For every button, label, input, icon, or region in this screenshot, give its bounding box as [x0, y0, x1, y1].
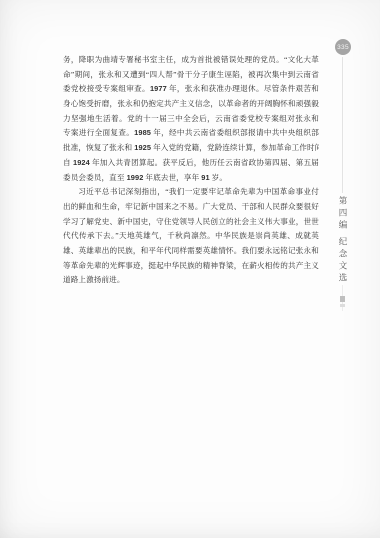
text-line: 习近平总书记深刻指出，“我们一定要牢记革命先辈为中国革命事业付	[63, 185, 319, 200]
sidebar-section-label: 纪念文选	[336, 237, 349, 285]
margin-rule-top	[342, 57, 343, 193]
text-line: 代代传承下去。”天地英雄气，千秋尚凛然。中华民族是崇尚英雄、成就英	[63, 229, 319, 244]
text-line: 出的鲜血和生命，牢记新中国来之不易。广大党员、干部和人民群众要很好	[63, 200, 319, 215]
text-line: 道路上激扬前进。	[63, 273, 319, 288]
text-line: 务，降职为曲靖专署秘书室主任，成为首批被错误处理的党员。“文化大革	[63, 53, 319, 68]
text-line: 力坚强地生活着。党的十一届三中全会后，云南省委党校专案组对张永和	[63, 112, 319, 127]
sidebar-part-label: 第四编	[336, 196, 349, 232]
text-line: 委党校接受专案组审查。1977 年，张永和获准办理退休。尽管条件艰苦和	[63, 82, 319, 97]
text-line: 委员会委员，直至 1992 年底去世，享年 91 岁。	[63, 171, 319, 186]
text-line: 专案进行全面复查。1985 年，经中共云南省委组织部报请中共中央组织部	[63, 126, 319, 141]
text-line: 身心饱受折磨，张永和仍抱定共产主义信念，以革命者的开阔胸怀和顽强毅	[63, 97, 319, 112]
text-line: 雄、英雄辈出的民族，和平年代同样需要英雄情怀。我们要永远铭记张永和	[63, 244, 319, 259]
margin-tick	[340, 296, 345, 302]
text-line: 学习了解党史、新中国史，守住党领导人民创立的社会主义伟大事业，世世	[63, 215, 319, 230]
page-number: 335	[337, 44, 349, 51]
text-line: 自 1924 年加入共青团算起。获平反后，他历任云南省政协第四届、第五届	[63, 156, 319, 171]
margin-tick-small	[340, 304, 345, 307]
body-text: 务，降职为曲靖专署秘书室主任，成为首批被错误处理的党员。“文化大革命”期间，张永…	[63, 53, 319, 288]
text-line: 等革命先辈的光辉事迹，挺起中华民族的精神脊梁，在薪火相传的共产主义	[63, 259, 319, 274]
page-number-badge: 335	[335, 39, 351, 55]
text-line: 命”期间，张永和又遭到“四人帮”骨干分子康生诬陷，被再次集中到云南省	[63, 68, 319, 83]
text-line: 批准，恢复了张永和 1925 年入党的党籍，党龄连续计算，参加革命工作时间	[63, 141, 319, 156]
book-page: 335 第四编 纪念文选 务，降职为曲靖专署秘书室主任，成为首批被错误处理的党员…	[0, 0, 380, 538]
